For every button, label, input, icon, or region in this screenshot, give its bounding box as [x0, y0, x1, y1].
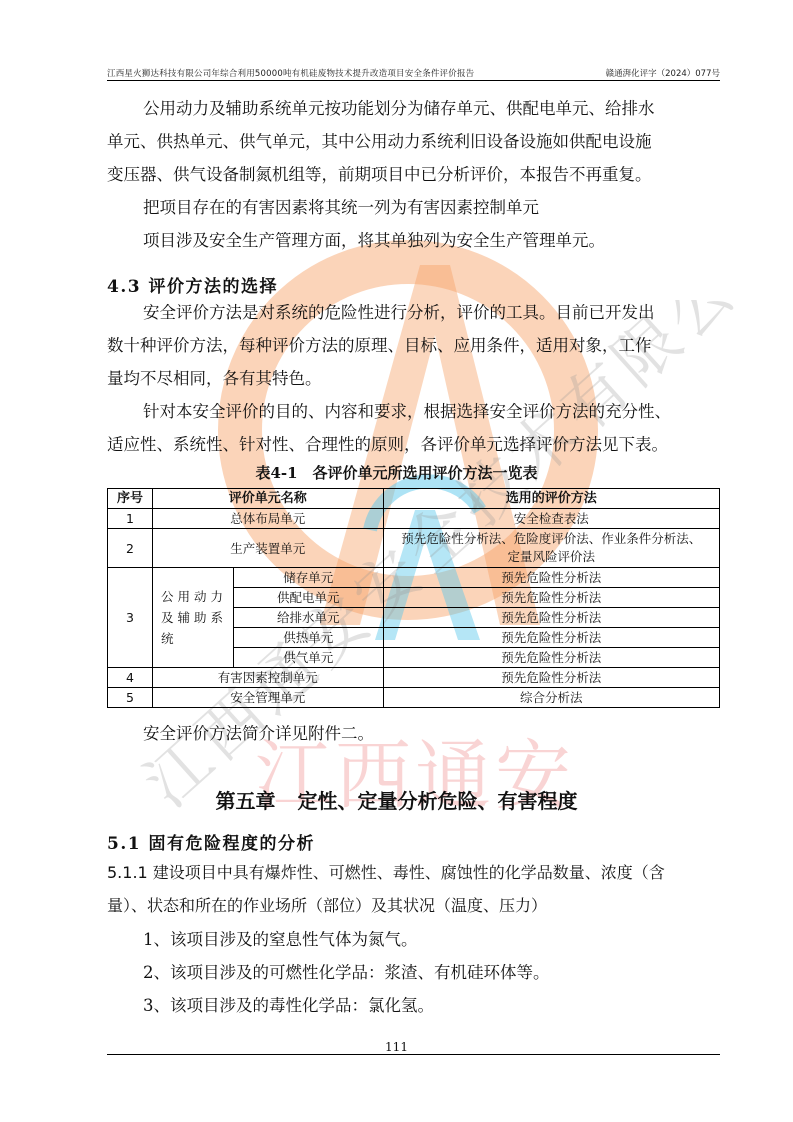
- table-row: 1 总体布局单元 安全检查表法: [108, 509, 720, 529]
- cell-method: 预先危险性分析法、危险度评价法、作业条件分析法、 定量风险评价法: [383, 529, 719, 568]
- cell-unit: 有害因素控制单元: [152, 668, 383, 688]
- cell-method-line: 预先危险性分析法、危险度评价法、作业条件分析法、: [384, 530, 719, 548]
- header-method: 选用的评价方法: [383, 489, 719, 509]
- table-caption: 表4-1 各评价单元所选用评价方法一览表: [0, 462, 793, 483]
- table-header-row: 序号 评价单元名称 选用的评价方法: [108, 489, 720, 509]
- cell-no: 4: [108, 668, 153, 688]
- paragraph-line: 安全评价方法是对系统的危险性进行分析，评价的工具。目前已开发出: [107, 296, 720, 329]
- cell-unit: 安全管理单元: [152, 688, 383, 708]
- cell-method: 预先危险性分析法: [383, 568, 719, 588]
- cell-subunit: 储存单元: [233, 568, 383, 588]
- document-page: 江西通安安全技术有限公司 江西通安 江西星火狮达科技有限公司年综合利用50000…: [0, 0, 793, 1122]
- cell-group: 公用动力及辅助系统: [152, 568, 233, 668]
- table-row: 2 生产装置单元 预先危险性分析法、危险度评价法、作业条件分析法、 定量风险评价…: [108, 529, 720, 568]
- section-heading-4-3: 4.3 评价方法的选择: [107, 272, 278, 297]
- list-item: 3、该项目涉及的毒性化学品：氯化氢。: [107, 989, 720, 1022]
- cell-method: 预先危险性分析法: [383, 628, 719, 648]
- cell-method: 综合分析法: [383, 688, 719, 708]
- chapter-title: 第五章定性、定量分析危险、有害程度: [0, 785, 793, 814]
- cell-no: 2: [108, 529, 153, 568]
- cell-unit: 总体布局单元: [152, 509, 383, 529]
- chapter-number: 第五章: [216, 789, 276, 813]
- page-header: 江西星火狮达科技有限公司年综合利用50000吨有机硅废物技术提升改造项目安全条件…: [107, 66, 720, 81]
- header-unit: 评价单元名称: [152, 489, 383, 509]
- list-item: 2、该项目涉及的可燃性化学品：浆渣、有机硅环体等。: [107, 956, 720, 989]
- page-number: 111: [0, 1040, 793, 1054]
- header-title: 江西星火狮达科技有限公司年综合利用50000吨有机硅废物技术提升改造项目安全条件…: [107, 67, 474, 79]
- subsection-heading-line: 量）、状态和所在的作业场所（部位）及其状况（温度、压力）: [107, 889, 720, 922]
- paragraph-line: 把项目存在的有害因素将其统一列为有害因素控制单元: [107, 191, 720, 224]
- table-row: 5 安全管理单元 综合分析法: [108, 688, 720, 708]
- section-heading-5-1: 5.1 固有危险程度的分析: [107, 829, 315, 854]
- header-no: 序号: [108, 489, 153, 509]
- cell-method: 预先危险性分析法: [383, 648, 719, 668]
- cell-method-line: 定量风险评价法: [384, 548, 719, 566]
- paragraph-line: 量均不尽相同，各有其特色。: [107, 362, 720, 395]
- cell-method: 预先危险性分析法: [383, 608, 719, 628]
- chapter-name: 定性、定量分析危险、有害程度: [298, 789, 578, 813]
- cell-no: 5: [108, 688, 153, 708]
- cell-no: 3: [108, 568, 153, 668]
- paragraph-line: 项目涉及安全生产管理方面，将其单独列为安全生产管理单元。: [107, 224, 720, 257]
- subsection-heading-line: 5.1.1 建设项目中具有爆炸性、可燃性、毒性、腐蚀性的化学品数量、浓度（含: [107, 856, 720, 889]
- table-row: 4 有害因素控制单元 预先危险性分析法: [108, 668, 720, 688]
- list-item: 1、该项目涉及的窒息性气体为氮气。: [107, 923, 720, 956]
- cell-method: 预先危险性分析法: [383, 588, 719, 608]
- paragraph-line: 公用动力及辅助系统单元按功能划分为储存单元、供配电单元、给排水: [107, 92, 720, 125]
- cell-subunit: 供配电单元: [233, 588, 383, 608]
- header-doc-number: 赣通湃化评字（2024）077号: [606, 67, 720, 79]
- footer-divider: [107, 1054, 720, 1055]
- paragraph-line: 单元、供热单元、供气单元，其中公用动力系统利旧设备设施如供配电设施: [107, 125, 720, 158]
- paragraph-line: 针对本安全评价的目的、内容和要求，根据选择安全评价方法的充分性、: [107, 395, 720, 428]
- cell-unit: 生产装置单元: [152, 529, 383, 568]
- cell-subunit: 给排水单元: [233, 608, 383, 628]
- paragraph-line: 变压器、供气设备制氮机组等，前期项目中已分析评价，本报告不再重复。: [107, 158, 720, 191]
- cell-no: 1: [108, 509, 153, 529]
- evaluation-methods-table: 序号 评价单元名称 选用的评价方法 1 总体布局单元 安全检查表法 2 生产装置…: [107, 488, 720, 708]
- cell-subunit: 供气单元: [233, 648, 383, 668]
- paragraph-line: 适应性、系统性、针对性、合理性的原则，各评价单元选择评价方法见下表。: [107, 428, 720, 461]
- table-row: 3 公用动力及辅助系统 储存单元 预先危险性分析法: [108, 568, 720, 588]
- cell-subunit: 供热单元: [233, 628, 383, 648]
- cell-method: 预先危险性分析法: [383, 668, 719, 688]
- cell-method: 安全检查表法: [383, 509, 719, 529]
- paragraph-line: 数十种评价方法，每种评价方法的原理、目标、应用条件，适用对象，工作: [107, 329, 720, 362]
- table-note: 安全评价方法简介详见附件二。: [107, 717, 720, 750]
